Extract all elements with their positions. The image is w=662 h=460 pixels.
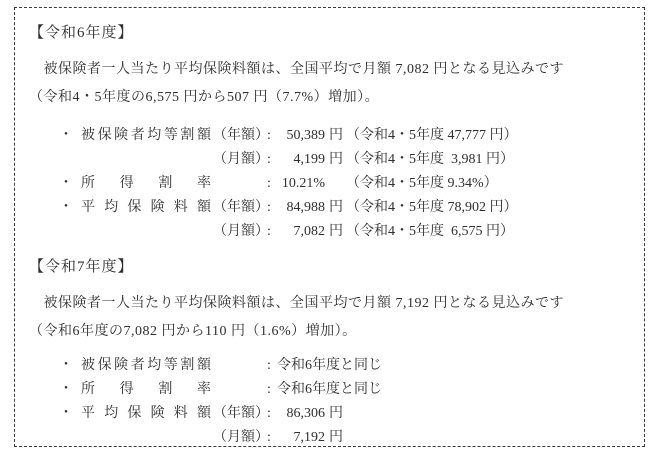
row-comparison-note: （令和4・5年度 78,902 円）: [346, 196, 518, 220]
row-unit-label: （月額）: [213, 220, 269, 244]
row-colon: :: [267, 172, 277, 196]
row-colon: :: [267, 426, 277, 447]
detail-row: ・ 被保険者均等割額 :令和6年度と同じ: [29, 354, 632, 378]
row-label: 被保険者均等割額: [81, 124, 211, 148]
row-value-group: :7,082円: [267, 220, 343, 244]
document-page: 【令和6年度】 被保険者一人当たり平均保険料額は、全国平均で月額 7,082 円…: [0, 0, 662, 460]
row-value: 令和6年度と同じ: [277, 378, 382, 402]
row-colon: :: [267, 378, 277, 402]
row-unit-label: （月額）: [213, 148, 269, 172]
row-value-group: :50,389円: [267, 124, 343, 148]
row-value-group: :4,199円: [267, 148, 343, 172]
row-value-unit: 円: [329, 152, 343, 167]
section-paragraph: 被保険者一人当たり平均保険料額は、全国平均で月額 7,192 円となる見込みです…: [29, 290, 632, 346]
row-bullet: ・: [59, 354, 73, 378]
row-value: 86,306: [277, 402, 325, 426]
fiscal-year-section-reiwa7: 【令和7年度】 被保険者一人当たり平均保険料額は、全国平均で月額 7,192 円…: [29, 256, 632, 447]
detail-row: （月額） :7,082円 （令和4・5年度 6,575 円）: [29, 220, 632, 244]
row-comparison-note: （令和4・5年度 47,777 円）: [346, 124, 518, 148]
detail-rows: ・ 被保険者均等割額 :令和6年度と同じ ・ 所得割率 :令和6年度と同じ ・ …: [29, 354, 632, 447]
row-value: 7,082: [277, 220, 325, 244]
row-colon: :: [267, 124, 277, 148]
detail-row: ・ 平均保険料額 （年額） :84,988円 （令和4・5年度 78,902 円…: [29, 196, 632, 220]
row-comparison-note: （令和4・5年度 9.34%）: [346, 172, 498, 196]
row-label: 平均保険料額: [81, 196, 211, 220]
row-bullet: ・: [59, 378, 73, 402]
row-unit-label: （年額）: [213, 124, 269, 148]
row-value: 7,192: [277, 426, 325, 447]
row-value-unit: 円: [329, 406, 343, 421]
row-bullet: ・: [59, 196, 73, 220]
row-bullet: ・: [59, 172, 73, 196]
row-label: 所得割率: [81, 378, 211, 402]
row-unit-label: （年額）: [213, 402, 269, 426]
row-value-unit: 円: [329, 430, 343, 445]
row-value: 10.21%: [277, 172, 325, 196]
row-label: 平均保険料額: [81, 402, 211, 426]
row-value: 50,389: [277, 124, 325, 148]
row-value-group: :86,306円: [267, 402, 343, 426]
dashed-border-box: 【令和6年度】 被保険者一人当たり平均保険料額は、全国平均で月額 7,082 円…: [14, 7, 645, 447]
row-colon: :: [267, 220, 277, 244]
row-value-unit: 円: [329, 224, 343, 239]
paragraph-line: （令和6年度の7,082 円から110 円（1.6%）増加）。: [29, 318, 632, 346]
section-paragraph: 被保険者一人当たり平均保険料額は、全国平均で月額 7,082 円となる見込みです…: [29, 56, 632, 112]
row-value-unit: 円: [329, 128, 343, 143]
row-value-group: :令和6年度と同じ: [267, 354, 386, 378]
row-value-group: :7,192円: [267, 426, 343, 447]
section-title: 【令和6年度】: [29, 22, 632, 44]
row-colon: :: [267, 402, 277, 426]
fiscal-year-section-reiwa6: 【令和6年度】 被保険者一人当たり平均保険料額は、全国平均で月額 7,082 円…: [29, 22, 632, 244]
row-colon: :: [267, 354, 277, 378]
row-colon: :: [267, 148, 277, 172]
row-label: 所得割率: [81, 172, 211, 196]
row-comparison-note: （令和4・5年度 3,981 円）: [346, 148, 514, 172]
row-value-group: :10.21%: [267, 172, 329, 196]
detail-row: ・ 平均保険料額 （年額） :86,306円: [29, 402, 632, 426]
detail-row: （月額） :7,192円: [29, 426, 632, 447]
detail-row: ・ 所得割率 :令和6年度と同じ: [29, 378, 632, 402]
row-colon: :: [267, 196, 277, 220]
section-title: 【令和7年度】: [29, 256, 632, 278]
row-value-group: :84,988円: [267, 196, 343, 220]
row-value: 84,988: [277, 196, 325, 220]
paragraph-line: 被保険者一人当たり平均保険料額は、全国平均で月額 7,082 円となる見込みです: [29, 56, 632, 84]
row-bullet: ・: [59, 402, 73, 426]
detail-row: ・ 被保険者均等割額 （年額） :50,389円 （令和4・5年度 47,777…: [29, 124, 632, 148]
row-value-unit: 円: [329, 200, 343, 215]
paragraph-line: （令和4・5年度の6,575 円から507 円（7.7%）増加）。: [29, 84, 632, 112]
row-label: 被保険者均等割額: [81, 354, 211, 378]
row-value: 4,199: [277, 148, 325, 172]
row-value-group: :令和6年度と同じ: [267, 378, 386, 402]
detail-rows: ・ 被保険者均等割額 （年額） :50,389円 （令和4・5年度 47,777…: [29, 124, 632, 244]
paragraph-line: 被保険者一人当たり平均保険料額は、全国平均で月額 7,192 円となる見込みです: [29, 290, 632, 318]
row-bullet: ・: [59, 124, 73, 148]
row-unit-label: （年額）: [213, 196, 269, 220]
row-value: 令和6年度と同じ: [277, 354, 382, 378]
detail-row: ・ 所得割率 :10.21% （令和4・5年度 9.34%）: [29, 172, 632, 196]
detail-row: （月額） :4,199円 （令和4・5年度 3,981 円）: [29, 148, 632, 172]
row-unit-label: （月額）: [213, 426, 269, 447]
row-comparison-note: （令和4・5年度 6,575 円）: [346, 220, 514, 244]
